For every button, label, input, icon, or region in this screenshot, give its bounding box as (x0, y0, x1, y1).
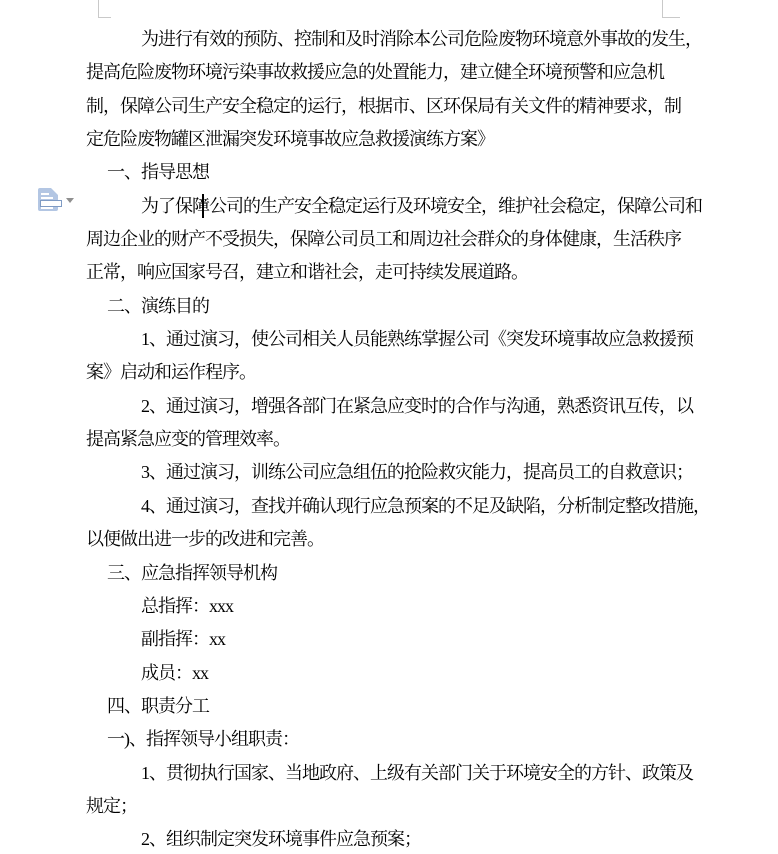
paste-icon-line (41, 197, 53, 199)
chevron-down-icon[interactable] (66, 198, 74, 203)
doc-heading[interactable]: 二、演练目的 (86, 290, 710, 323)
doc-line[interactable]: 1、通过演习，使公司相关人员能熟练掌握公司《突发环境事故应急救援预 (86, 323, 710, 356)
page-corner-mark-left-horizontal (98, 17, 111, 18)
doc-line[interactable]: 为了保障公司的生产安全稳定运行及环境安全，维护社会稳定，保障公司和 (86, 190, 710, 223)
doc-line[interactable]: 1、贯彻执行国家、当地政府、上级有关部门关于环境安全的方针、政策及 (86, 757, 710, 790)
doc-heading[interactable]: 四、职责分工 (86, 690, 710, 723)
doc-line[interactable]: 制，保障公司生产安全稳定的运行，根据市、区环保局有关文件的精神要求，制 (86, 90, 710, 123)
doc-line[interactable]: 2、组织制定突发环境事件应急预案； (86, 823, 710, 854)
doc-line[interactable]: 规定； (86, 790, 710, 823)
doc-line[interactable]: 案》启动和运作程序。 (86, 356, 710, 389)
paste-options-button[interactable] (38, 186, 76, 214)
doc-line[interactable]: 总指挥：xxx (86, 590, 710, 623)
page-corner-mark-left-vertical (98, 0, 99, 18)
doc-line[interactable]: 副指挥：xx (86, 623, 710, 656)
document-page: 为进行有效的预防、控制和及时消除本公司危险废物环境意外事故的发生， 提高危险废物… (0, 0, 778, 854)
doc-line[interactable]: 以便做出进一步的改进和完善。 (86, 523, 710, 556)
page-corner-mark-right-vertical (662, 0, 663, 17)
paste-icon-line (41, 207, 53, 209)
doc-line[interactable]: 提高紧急应变的管理效率。 (86, 423, 710, 456)
paste-icon-line (41, 193, 49, 195)
page-fold-corner (51, 188, 58, 195)
doc-heading[interactable]: 一、指导思想 (86, 156, 710, 189)
paste-options-icon (38, 188, 58, 211)
doc-line[interactable]: 定危险废物罐区泄漏突发环境事故应急救援演练方案》 (86, 123, 710, 156)
doc-subheading[interactable]: 一)、指挥领导小组职责： (86, 723, 710, 756)
doc-line[interactable]: 4、通过演习，查找并确认现行应急预案的不足及缺陷，分析制定整改措施， (86, 490, 710, 523)
doc-line[interactable]: 周边企业的财产不受损失，保障公司员工和周边社会群众的身体健康，生活秩序 (86, 223, 710, 256)
paste-icon-band (40, 200, 62, 207)
doc-line[interactable]: 为进行有效的预防、控制和及时消除本公司危险废物环境意外事故的发生， (86, 23, 710, 56)
doc-line[interactable]: 2、通过演习，增强各部门在紧急应变时的合作与沟通，熟悉资讯互传，以 (86, 390, 710, 423)
page-corner-mark-right-horizontal (662, 17, 680, 18)
doc-line[interactable]: 成员：xx (86, 657, 710, 690)
doc-line[interactable]: 提高危险废物环境污染事故救援应急的处置能力，建立健全环境预警和应急机 (86, 56, 710, 89)
doc-heading[interactable]: 三、应急指挥领导机构 (86, 557, 710, 590)
doc-line[interactable]: 正常，响应国家号召，建立和谐社会，走可持续发展道路。 (86, 256, 710, 289)
document-content: 为进行有效的预防、控制和及时消除本公司危险废物环境意外事故的发生， 提高危险废物… (86, 23, 710, 854)
doc-line[interactable]: 3、通过演习，训练公司应急组伍的抢险救灾能力，提高员工的自救意识； (86, 456, 710, 489)
